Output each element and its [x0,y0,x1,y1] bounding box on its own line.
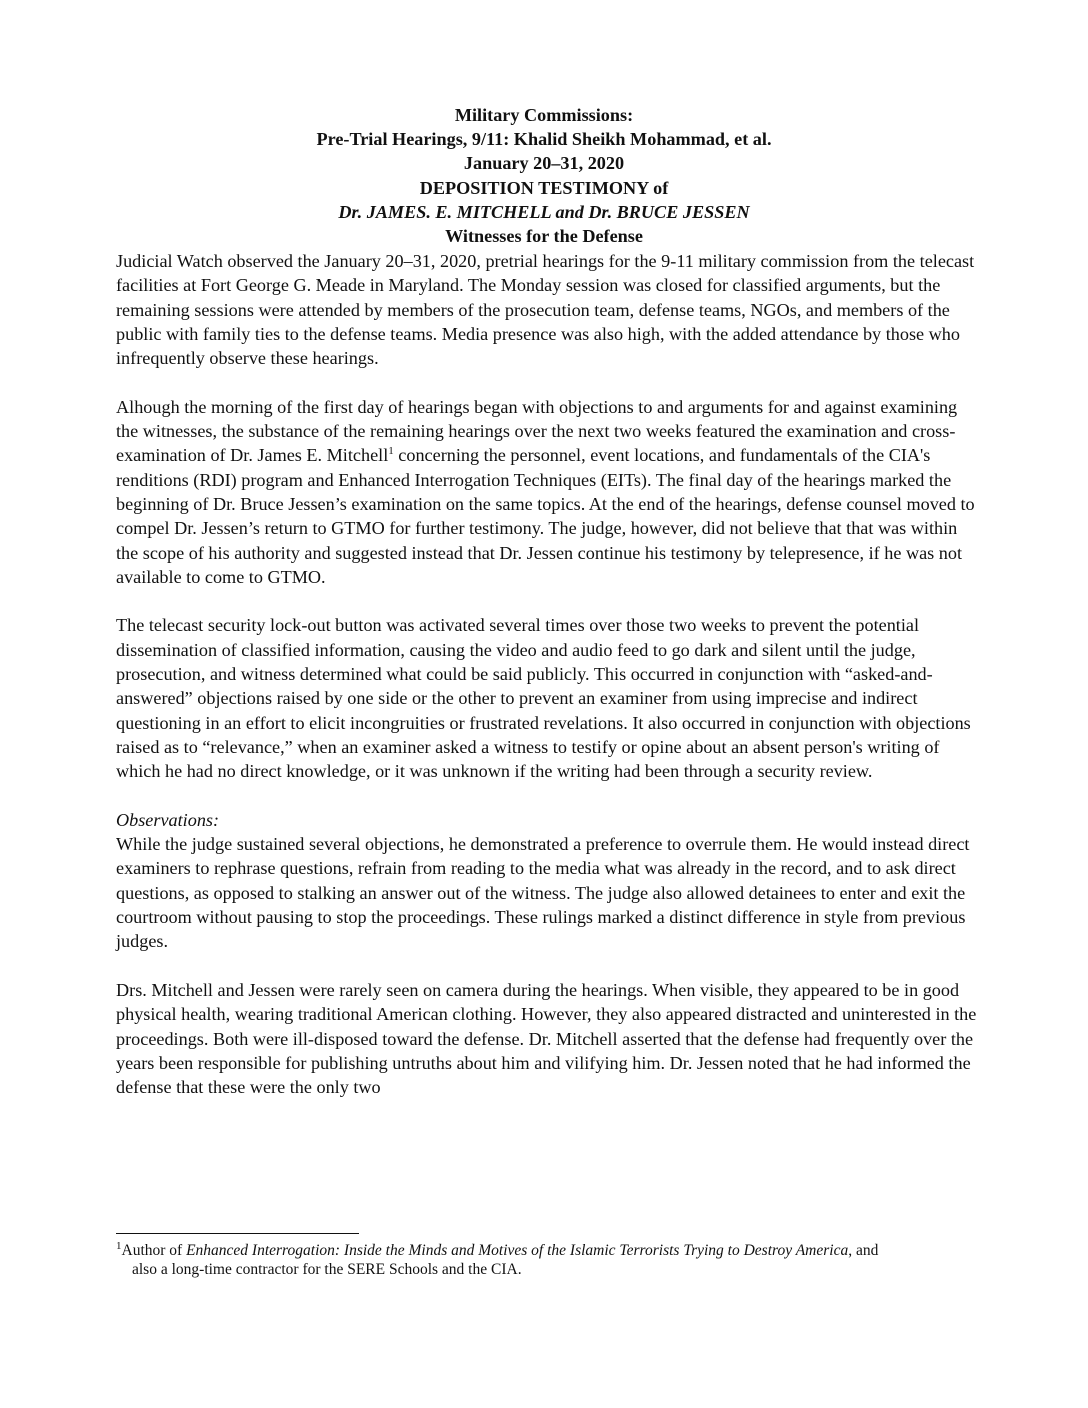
document-body: Judicial Watch observed the January 20–3… [116,249,978,1124]
footnote-prefix: Author of [122,1242,187,1259]
title-line-6: Witnesses for the Defense [0,224,1088,248]
paragraph-intro: Judicial Watch observed the January 20–3… [116,249,978,370]
observations-heading: Observations: [116,808,978,832]
paragraph-summary-part2: concerning the personnel, event location… [116,445,975,586]
title-line-2: Pre-Trial Hearings, 9/11: Khalid Sheikh … [0,127,1088,151]
paragraph-summary: Alhough the morning of the first day of … [116,395,978,589]
footnote-continuation: also a long-time contractor for the SERE… [116,1260,986,1279]
title-line-4: DEPOSITION TESTIMONY of [0,176,1088,200]
paragraph-observations: While the judge sustained several object… [116,832,978,953]
title-line-3: January 20–31, 2020 [0,151,1088,175]
title-line-5: Dr. JAMES. E. MITCHELL and Dr. BRUCE JES… [0,200,1088,224]
paragraph-security: The telecast security lock-out button wa… [116,613,978,783]
paragraph-witnesses: Drs. Mitchell and Jessen were rarely see… [116,978,978,1099]
footnote-book-title: Enhanced Interrogation: Inside the Minds… [186,1242,848,1259]
title-line-1: Military Commissions: [0,103,1088,127]
document-title-block: Military Commissions: Pre-Trial Hearings… [0,103,1088,248]
footnote-suffix: , and [848,1242,878,1259]
footnote: 1Author of Enhanced Interrogation: Insid… [116,1241,986,1279]
document-page: Military Commissions: Pre-Trial Hearings… [0,0,1088,1408]
footnote-divider [116,1233,359,1234]
